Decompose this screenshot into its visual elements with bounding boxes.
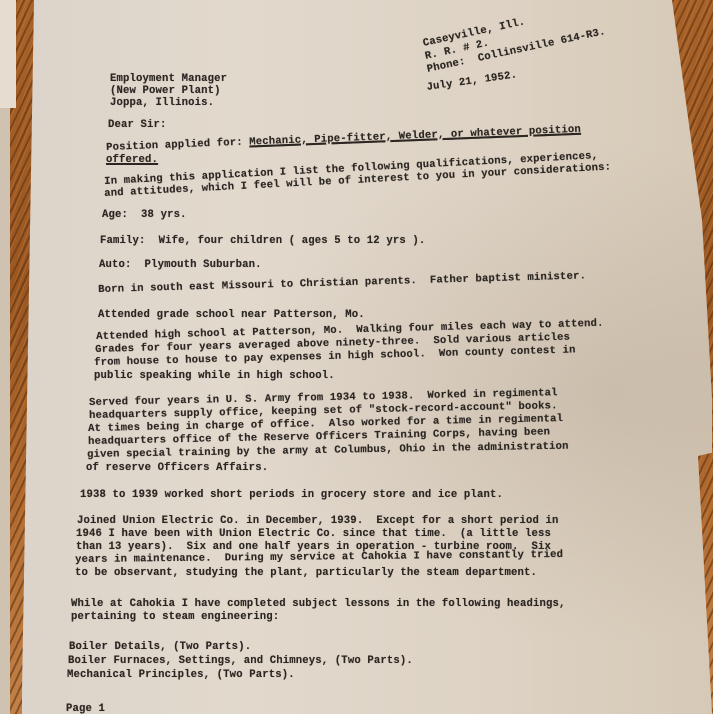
underlying-sheet-edge: [0, 108, 10, 714]
paragraph-1938: 1938 to 1939 worked short periods in gro…: [80, 489, 503, 501]
lesson-item: Mechanical Principles, (Two Parts).: [67, 669, 295, 681]
paragraph-union-electric-line: 1946 I have been with Union Electric Co.…: [76, 528, 551, 540]
fact-auto: Auto: Plymouth Suburban.: [99, 259, 262, 271]
lesson-item: Boiler Furnaces, Settings, and Chimneys,…: [68, 655, 413, 667]
salutation: Dear Sir:: [108, 119, 167, 131]
recipient-company: (New Power Plant): [110, 85, 221, 97]
paragraph-cahokia-line: While at Cahokia I have completed subjec…: [71, 598, 566, 610]
recipient-title: Employment Manager: [110, 73, 227, 85]
recipient-location: Joppa, Illinois.: [110, 97, 214, 109]
fact-family: Family: Wife, four children ( ages 5 to …: [100, 235, 425, 247]
paragraph-union-electric-line: to be observant, studying the plant, par…: [75, 567, 537, 579]
paragraph-grade-school: Attended grade school near Patterson, Mo…: [98, 309, 365, 321]
paragraph-union-electric-line: Joined Union Electric Co. in December, 1…: [77, 515, 559, 527]
lesson-item: Boiler Details, (Two Parts).: [69, 641, 251, 653]
underlying-sheet: [0, 0, 16, 108]
letter-page: Caseyville, Ill. R. R. # 2. Phone: Colli…: [22, 0, 712, 714]
page-number: Page 1: [66, 703, 105, 714]
position-value-continued: offered.: [106, 154, 158, 166]
paragraph-high-school-line: public speaking while in high school.: [94, 370, 335, 382]
paragraph-cahokia-line: pertaining to steam engineering:: [71, 611, 279, 623]
fact-age: Age: 38 yrs.: [102, 209, 187, 221]
paragraph-army-line: of reserve Officers Affairs.: [86, 462, 268, 474]
